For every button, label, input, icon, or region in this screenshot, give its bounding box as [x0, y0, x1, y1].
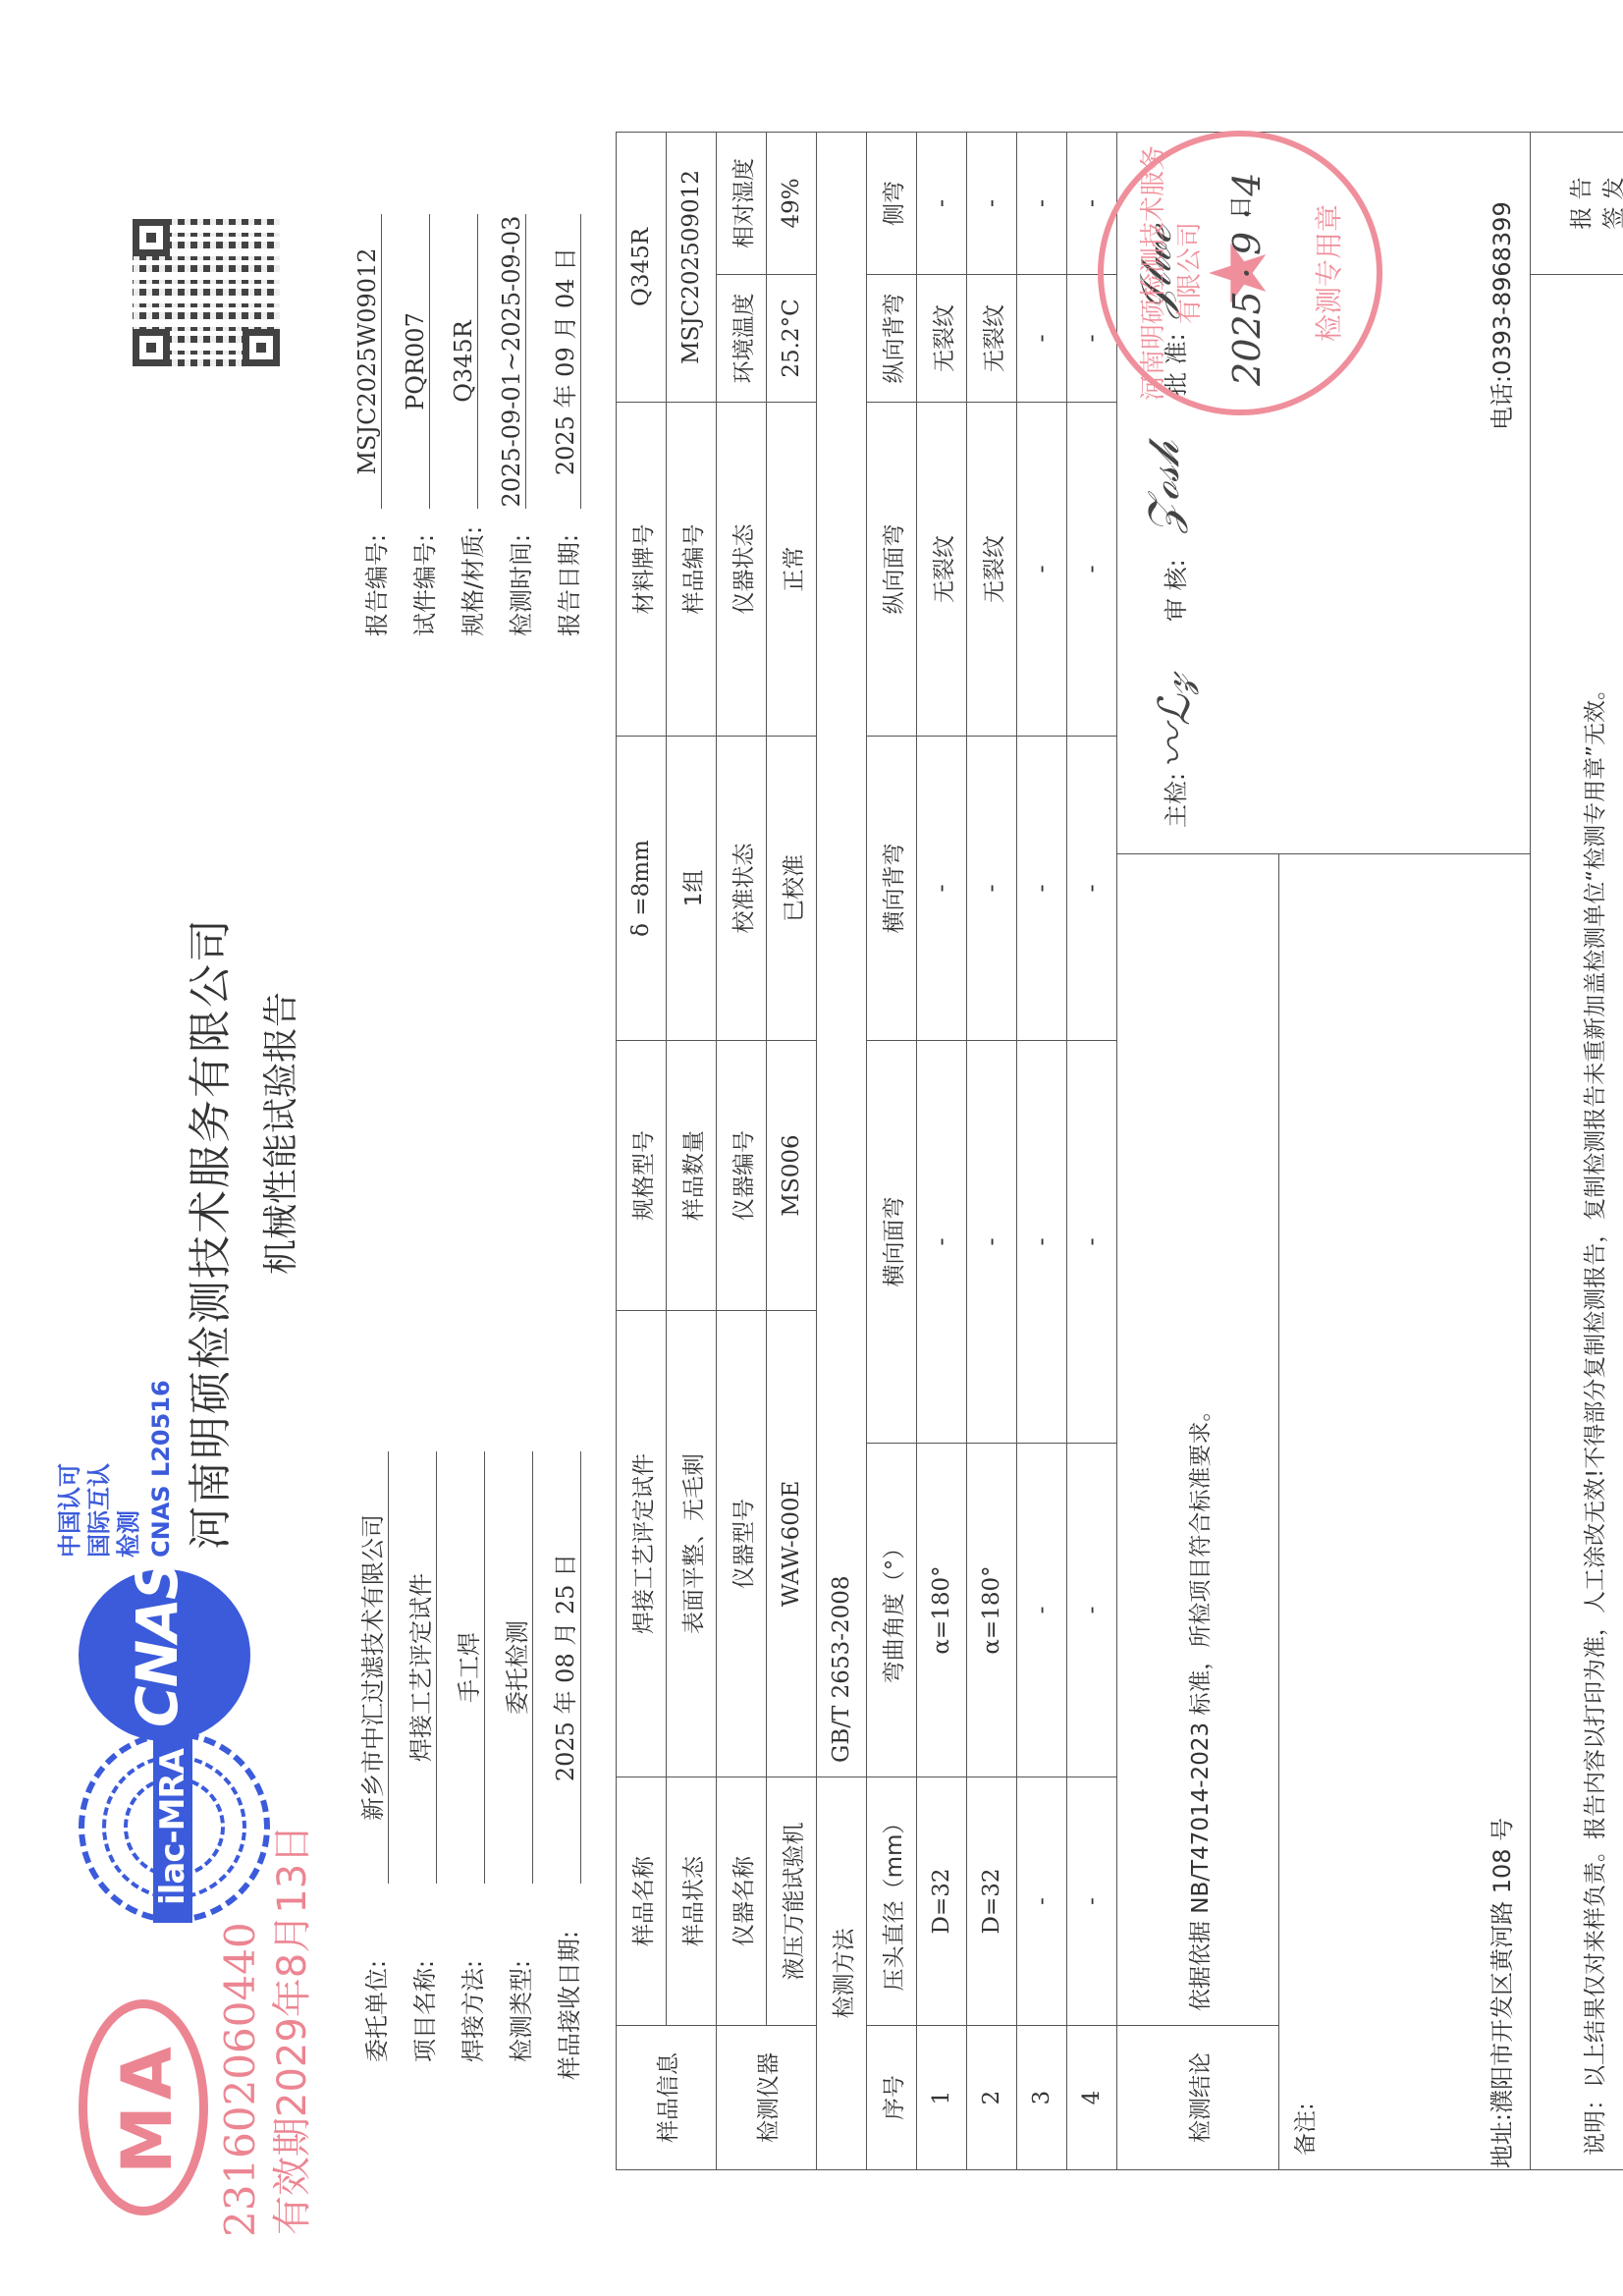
qr-code-icon — [133, 219, 280, 366]
reviewer-label: 审 核: — [1157, 559, 1191, 622]
cma-logo-icon: MA — [79, 1999, 208, 2215]
cell: - — [1017, 274, 1067, 402]
cell: 1组 — [667, 736, 717, 1040]
result-row: 4 - - - - - - - — [1067, 132, 1117, 2169]
cell: 4 — [1067, 2026, 1117, 2170]
cell: - — [1017, 132, 1067, 274]
cnas-caption: 中国认可 国际互认 检测 — [55, 1463, 143, 1558]
cell: - — [1017, 736, 1067, 1040]
test-type-value: 委托检测 — [498, 1451, 533, 1884]
cell: 仪器名称 — [717, 1777, 767, 2026]
cell: 材料牌号 — [617, 402, 667, 736]
report-no-value: MSJC2025W09012 — [353, 214, 382, 509]
receive-date-value: 2025 年 08 月 25 日 — [546, 1451, 581, 1884]
cell: - — [967, 736, 1017, 1040]
column-header: 横向面弯 — [867, 1040, 917, 1443]
result-row: 1 D=32 α=180° - - 无裂纹 无裂纹 - — [917, 132, 967, 2169]
column-header: 序号 — [867, 2026, 917, 2170]
cnas-logo-icon: CNAS — [79, 1559, 270, 1741]
cell: - — [917, 1040, 967, 1443]
cell: 样品名称 — [617, 1777, 667, 2026]
company-name: 河南明硕检测技术服务有限公司 — [175, 917, 238, 1550]
welding-method-value: 手工焊 — [450, 1451, 485, 1884]
cell: 无裂纹 — [917, 274, 967, 402]
report-date-label: 报告日期: — [550, 534, 584, 636]
cell: 仪器型号 — [717, 1310, 767, 1777]
cell: 液压万能试验机 — [767, 1777, 817, 2026]
cell: 25.2°C — [767, 274, 817, 402]
column-header: 纵向面弯 — [867, 402, 917, 736]
inspector-signature: 〰ℒ𝓏 — [1139, 675, 1202, 769]
cell: δ =8mm — [617, 736, 667, 1040]
cell: WAW-600E — [767, 1310, 817, 1777]
conclusion-value: 依据依据 NB/T47014-2023 标准，所检项目符合标准要求。 — [1117, 853, 1279, 2025]
cell: 规格型号 — [617, 1040, 667, 1310]
cell: - — [1067, 1777, 1117, 2026]
project-label: 项目名称: — [406, 1960, 440, 2062]
cell: α=180° — [967, 1444, 1017, 1777]
statement: 说明：以上结果仅对来样负责。报告内容以打印为准，人工涂改无效!不得部分复制检测报… — [1531, 274, 1623, 2169]
specimen-no-value: PQR007 — [402, 214, 430, 509]
cell: - — [1067, 736, 1117, 1040]
project-value: 焊接工艺评定试件 — [402, 1451, 437, 1884]
cell: 仪器状态 — [717, 402, 767, 736]
sample-row-1: 样品信息 样品名称 焊接工艺评定试件 规格型号 δ =8mm 材料牌号 Q345… — [617, 132, 667, 2169]
result-row: 3 - - - - - - - — [1017, 132, 1067, 2169]
report-title: 机械性能试验报告 — [253, 992, 303, 1275]
report-table: 样品信息 样品名称 焊接工艺评定试件 规格型号 δ =8mm 材料牌号 Q345… — [616, 132, 1623, 2170]
cell: MS006 — [767, 1040, 817, 1310]
method-value: GB/T 2653-2008 — [817, 132, 867, 1777]
cell: 3 — [1017, 2026, 1067, 2170]
instrument-section-label: 检测仪器 — [717, 2026, 817, 2170]
result-row: 2 D=32 α=180° - - 无裂纹 无裂纹 - — [967, 132, 1017, 2169]
cell: 样品状态 — [667, 1777, 717, 2026]
report-no-label: 报告编号: — [357, 534, 392, 636]
test-type-label: 检测类型: — [502, 1960, 536, 2062]
cell: 表面平整、无毛刺 — [667, 1310, 717, 1777]
cell: - — [1067, 1040, 1117, 1443]
ilac-mra-logo-icon: ilac-MRA — [79, 1731, 270, 1923]
report-issue-label: 报 告 签 发 — [1531, 132, 1623, 274]
receive-date-label: 样品接收日期: — [550, 1931, 584, 2080]
conclusion-row: 检测结论 依据依据 NB/T47014-2023 标准，所检项目符合标准要求。 … — [1117, 132, 1279, 2169]
test-period-label: 检测时间: — [502, 534, 536, 636]
spec-material-value: Q345R — [450, 214, 478, 509]
column-header: 纵向背弯 — [867, 274, 917, 402]
cell: - — [917, 736, 967, 1040]
statement-row: 说明：以上结果仅对来样负责。报告内容以打印为准，人工涂改无效!不得部分复制检测报… — [1531, 132, 1623, 2169]
cell: 相对湿度 — [717, 132, 767, 274]
cma-number: 231602060440 — [216, 1922, 264, 2237]
report-sheet: MA 231602060440 有效期2029年8月13日 ilac-MRA C… — [0, 0, 1623, 2296]
welding-method-label: 焊接方法: — [454, 1960, 488, 2062]
cell: Q345R — [617, 132, 667, 402]
cell: - — [1017, 1040, 1067, 1443]
cell: - — [967, 1040, 1017, 1443]
method-label: 检测方法 — [817, 1777, 867, 2170]
cell: 校准状态 — [717, 736, 767, 1040]
signature-area: 主检: 〰ℒ𝓏 审 核: 𝒵ℴ𝓈𝒽 批 准: 𝒥𝓁𝓌ℯ 河南明硕检测技术服务有限… — [1117, 132, 1531, 853]
client-label: 委托单位: — [357, 1960, 392, 2062]
results-header-row: 序号 压头直径（mm） 弯曲角度（°） 横向面弯 横向背弯 纵向面弯 纵向背弯 … — [867, 132, 917, 2169]
cell: 环境温度 — [717, 274, 767, 402]
cell: 49% — [767, 132, 817, 274]
instrument-value-row: 液压万能试验机 WAW-600E MS006 已校准 正常 25.2°C 49% — [767, 132, 817, 2169]
cma-stamp: MA 231602060440 有效期2029年8月13日 — [69, 1972, 314, 2237]
cell: MSJC202509012 — [667, 132, 717, 402]
cell: 样品编号 — [667, 402, 717, 736]
column-header: 横向背弯 — [867, 736, 917, 1040]
phone: 电话:0393-8968399 — [1483, 201, 1517, 430]
cell: 无裂纹 — [917, 402, 967, 736]
cell: - — [1017, 1777, 1067, 2026]
cnas-code: CNAS L20516 — [147, 1380, 175, 1558]
instrument-header-row: 检测仪器 仪器名称 仪器型号 仪器编号 校准状态 仪器状态 环境温度 相对湿度 — [717, 132, 767, 2169]
cell: - — [1017, 1444, 1067, 1777]
cell: - — [967, 132, 1017, 274]
cell: 2 — [967, 2026, 1017, 2170]
cma-validity: 有效期2029年8月13日 — [261, 1825, 317, 2235]
cell: - — [1017, 402, 1067, 736]
inspector-label: 主检: — [1157, 773, 1191, 828]
method-row: 检测方法 GB/T 2653-2008 — [817, 132, 867, 2169]
report-date-value: 2025 年 09 月 04 日 — [546, 214, 581, 509]
client-value: 新乡市中汇过滤技术有限公司 — [353, 1451, 389, 1884]
date-day-suffix: 日 — [1221, 195, 1256, 219]
cell: 正常 — [767, 402, 817, 736]
cell: 1 — [917, 2026, 967, 2170]
cell: 已校准 — [767, 736, 817, 1040]
cell: D=32 — [917, 1777, 967, 2026]
sample-section-label: 样品信息 — [617, 2026, 717, 2170]
column-header: 弯曲角度（°） — [867, 1444, 917, 1777]
spec-material-label: 规格/材质: — [454, 526, 488, 636]
cell: 仪器编号 — [717, 1040, 767, 1310]
cell: 样品数量 — [667, 1040, 717, 1310]
cell: - — [917, 132, 967, 274]
cell: 无裂纹 — [967, 274, 1017, 402]
cell: - — [1067, 402, 1117, 736]
sample-row-2: 样品状态 表面平整、无毛刺 样品数量 1组 样品编号 MSJC202509012 — [667, 132, 717, 2169]
cell: - — [1067, 1444, 1117, 1777]
specimen-no-label: 试件编号: — [406, 534, 440, 636]
conclusion-label: 检测结论 — [1117, 2026, 1279, 2170]
cell: 焊接工艺评定试件 — [617, 1310, 667, 1777]
reviewer-signature: 𝒵ℴ𝓈𝒽 — [1139, 441, 1189, 533]
cell: α=180° — [917, 1444, 967, 1777]
column-header: 压头直径（mm） — [867, 1777, 917, 2026]
column-header: 侧弯 — [867, 132, 917, 274]
address: 地址:濮阳市开发区黄河路 108 号 — [1483, 1818, 1517, 2168]
cell: D=32 — [967, 1777, 1017, 2026]
test-period-value: 2025-09-01~2025-09-03 — [498, 214, 526, 509]
cell: 无裂纹 — [967, 402, 1017, 736]
